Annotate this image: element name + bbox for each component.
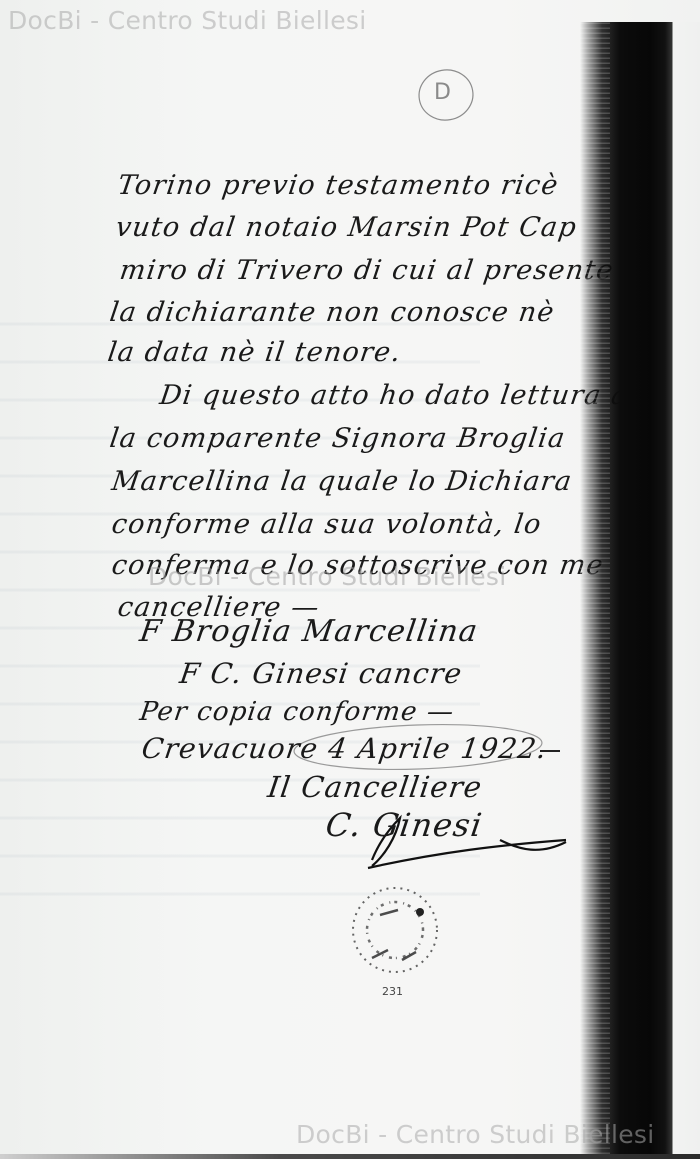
cancelliere-signature: C. Ginesi bbox=[323, 806, 485, 844]
stamp-number: 231 bbox=[382, 985, 403, 998]
watermark-bottom: DocBi - Centro Studi Biellesi bbox=[296, 1120, 654, 1149]
page-bottom-edge bbox=[0, 1154, 700, 1159]
text-line: la data nè il tenore. bbox=[106, 337, 404, 368]
text-line: vuto dal notaio Marsin Pot Cap bbox=[114, 212, 579, 243]
text-line: conforme alla sua volontà, lo bbox=[110, 509, 544, 540]
dash-mark bbox=[540, 750, 560, 752]
scanner-band-noise bbox=[580, 22, 610, 1159]
cancelliere-title: Il Cancelliere bbox=[266, 770, 485, 804]
text-line: miro di Trivero di cui al presente bbox=[118, 255, 616, 286]
text-line: Torino previo testamento ricè bbox=[116, 170, 561, 201]
text-line: Di questo atto ho dato lettura al bbox=[158, 380, 641, 411]
copy-conformity-note: Per copia conforme — bbox=[138, 697, 457, 727]
text-line: la dichiarante non conosce nè bbox=[108, 297, 557, 328]
stamp-seal-icon bbox=[353, 888, 437, 972]
text-line: Marcellina la quale lo Dichiara bbox=[110, 466, 575, 497]
testatrix-signature: F Broglia Marcellina bbox=[138, 614, 481, 649]
page-marker-label: D bbox=[434, 80, 451, 105]
text-line: la comparente Signora Broglia bbox=[108, 423, 568, 454]
witness-signature: F C. Ginesi cancre bbox=[178, 657, 465, 690]
watermark-middle: DocBi - Centro Studi Biellesi bbox=[148, 562, 506, 591]
place-date: Crevacuore 4 Aprile 1922. bbox=[140, 732, 550, 765]
